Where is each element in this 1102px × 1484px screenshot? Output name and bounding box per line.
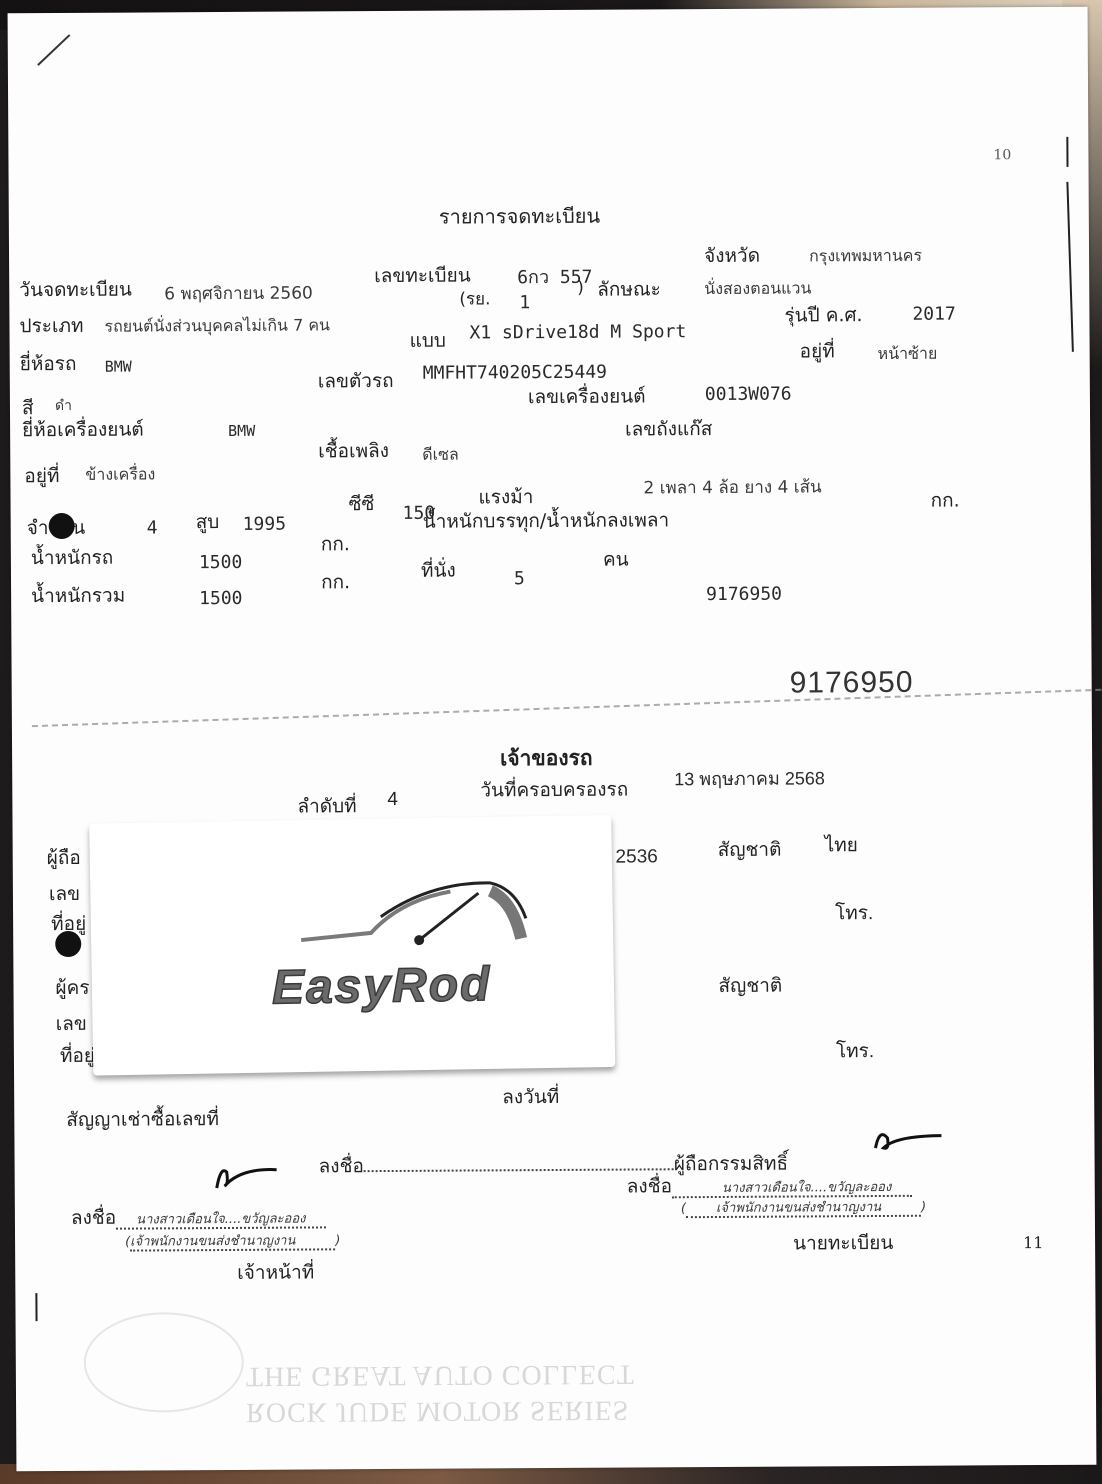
- engine-location-label: อยู่ที่: [24, 461, 59, 491]
- page-number-bottom: 11: [1023, 1233, 1043, 1252]
- possession-date-label: วันที่ครอบครองรถ: [480, 775, 628, 806]
- fuel-value: ดีเซล: [422, 443, 459, 468]
- vehicle-weight-value: 1500: [199, 552, 242, 573]
- cylinders-unit: สูบ: [196, 507, 220, 537]
- nationality-label: สัญชาติ: [718, 835, 782, 865]
- margin-line: [1066, 182, 1073, 352]
- style-value: นั่งสองตอนแวน: [704, 276, 811, 302]
- ry-close: ): [577, 278, 584, 298]
- order-value: 4: [387, 789, 398, 811]
- kg-unit-1: กก.: [930, 486, 959, 516]
- nationality2-label: สัญชาติ: [718, 971, 782, 1001]
- seats-label: ที่นั่ง: [421, 556, 456, 586]
- hire-purchase-label: สัญญาเช่าซื้อเลขที่: [66, 1104, 219, 1135]
- easyrod-brand: EasyRod: [271, 957, 491, 1016]
- fuel-label: เชื้อเพลิง: [318, 436, 389, 466]
- page-number-top: 10: [993, 147, 1011, 163]
- vehicle-weight-label: น้ำหนักรถ: [31, 543, 114, 574]
- sign-label: ลงชื่อ: [71, 1208, 116, 1229]
- punch-hole: [49, 513, 75, 539]
- chassis-location-value: หน้าซ้าย: [878, 342, 938, 367]
- signature-right-icon: [869, 1126, 949, 1156]
- left-signer-position-row: (เจ้าพนักงานขนส่งชำนาญงาน): [125, 1229, 340, 1251]
- type-value: รถยนต์นั่งส่วนบุคคลไม่เกิน 7 คน: [104, 313, 330, 339]
- ref-number: 9176950: [706, 584, 782, 605]
- nationality-value: ไทย: [825, 830, 858, 860]
- owner-section-title: เจ้าของรถ: [500, 742, 593, 776]
- engine-no-value: 0013W076: [705, 384, 792, 406]
- seats-value: 5: [514, 568, 525, 589]
- cc-label: ซีซี: [348, 489, 374, 519]
- phone2-label: โทร.: [836, 1036, 874, 1066]
- chassis-value: MMFHT740205C25449: [423, 362, 607, 384]
- phone-label: โทร.: [835, 898, 873, 928]
- punch-hole: [55, 931, 81, 957]
- bleed-through-stamp: [83, 1312, 244, 1413]
- left-signer-position: เจ้าพนักงานขนส่งชำนาญงาน: [130, 1233, 335, 1251]
- right-signer-position: เจ้าพนักงานขนส่งชำนาญงาน: [686, 1200, 921, 1218]
- plate-label: เลขทะเบียน: [374, 260, 471, 291]
- left-role: เจ้าหน้าที่: [237, 1257, 314, 1287]
- model-value: X1 sDrive18d M Sport: [469, 321, 686, 343]
- pen-mark-icon: [34, 31, 74, 71]
- gas-tank-label: เลขถังแก๊ส: [625, 414, 712, 445]
- year-value: 2017: [912, 304, 955, 325]
- sign-label: ลงชื่อ: [627, 1176, 672, 1197]
- address2-label: ที่อยู่: [60, 1041, 95, 1071]
- province-label: จังหวัด: [704, 241, 760, 271]
- signature-left-icon: [211, 1162, 281, 1192]
- style-label: ลักษณะ: [597, 274, 661, 304]
- margin-line: [1066, 137, 1068, 167]
- gross-weight-label: น้ำหนักรวม: [31, 581, 125, 612]
- gross-weight-value: 1500: [199, 588, 242, 609]
- chassis-location-label: อยู่ที่: [800, 336, 835, 366]
- sign-date-label: ลงวันที่: [502, 1082, 559, 1112]
- reg-date-value: 6 พฤศจิกายน 2560: [164, 279, 313, 307]
- engine-brand-value: BMW: [228, 422, 255, 440]
- ry-value: 1: [519, 292, 530, 313]
- cylinders-value: 4: [147, 517, 158, 538]
- color-value: ดำ: [55, 395, 72, 417]
- easyrod-privacy-sticker: EasyRod: [89, 815, 615, 1076]
- engine-location-value: ข้างเครื่อง: [85, 462, 155, 487]
- possession-date-value: 13 พฤษภาคม 2568: [674, 763, 825, 793]
- reg-date-label: วันจดทะเบียน: [19, 275, 132, 306]
- order-label: ลำดับที่: [297, 791, 356, 821]
- brand-label: ยี่ห้อรถ: [20, 349, 77, 379]
- province-value: กรุงเทพมหานคร: [809, 244, 922, 270]
- kg-unit-2: กก.: [321, 529, 350, 559]
- right-signer-position-row: (เจ้าพนักงานขนส่งชำนาญงาน): [681, 1196, 926, 1218]
- possessor-label: ผู้คร: [55, 973, 89, 1003]
- registration-document-page: 10 รายการจดทะเบียน วันจดทะเบียน 6 พฤศจิก…: [8, 7, 1097, 1472]
- id2-label: เลข: [56, 1009, 87, 1039]
- model-label: แบบ: [409, 326, 446, 356]
- cc-value: 1995: [243, 514, 286, 535]
- chassis-label: เลขตัวรถ: [318, 366, 394, 396]
- kg-unit-3: กก.: [321, 567, 350, 597]
- holder-label: ผู้ถือ: [47, 843, 81, 873]
- tear-line-divider: [32, 689, 1101, 727]
- margin-line: [35, 1293, 37, 1321]
- sign-label: ลงชื่อ: [319, 1156, 364, 1177]
- bleed-through-line1: THE GREAT AUTO COLLECT: [246, 1358, 635, 1392]
- document-title: รายการจดทะเบียน: [439, 200, 601, 233]
- year-label: รุ่นปี ค.ศ.: [784, 300, 862, 330]
- load-weight-label: น้ำหนักบรรทุก/น้ำหนักลงเพลา: [423, 505, 670, 537]
- engine-brand-label: ยี่ห้อเครื่องยนต์: [22, 414, 144, 445]
- bleed-through-line2: ROCK JUDE MOTOR SERIES: [246, 1394, 629, 1428]
- left-signer-name: นางสาวเดือนใจ....ขวัญละออง: [116, 1211, 325, 1229]
- axle-value: 2 เพลา 4 ล้อ ยาง 4 เส้น: [643, 473, 821, 501]
- id-label: เลข: [49, 879, 80, 909]
- right-role: นายทะเบียน: [793, 1228, 893, 1259]
- type-label: ประเภท: [19, 311, 83, 341]
- ry-label: (รย.: [459, 285, 490, 312]
- left-sign-row: ลงชื่อนางสาวเดือนใจ....ขวัญละออง: [71, 1201, 326, 1233]
- brand-value: BMW: [105, 358, 132, 376]
- seats-unit: คน: [603, 545, 629, 575]
- engine-no-label: เลขเครื่องยนต์: [528, 381, 646, 412]
